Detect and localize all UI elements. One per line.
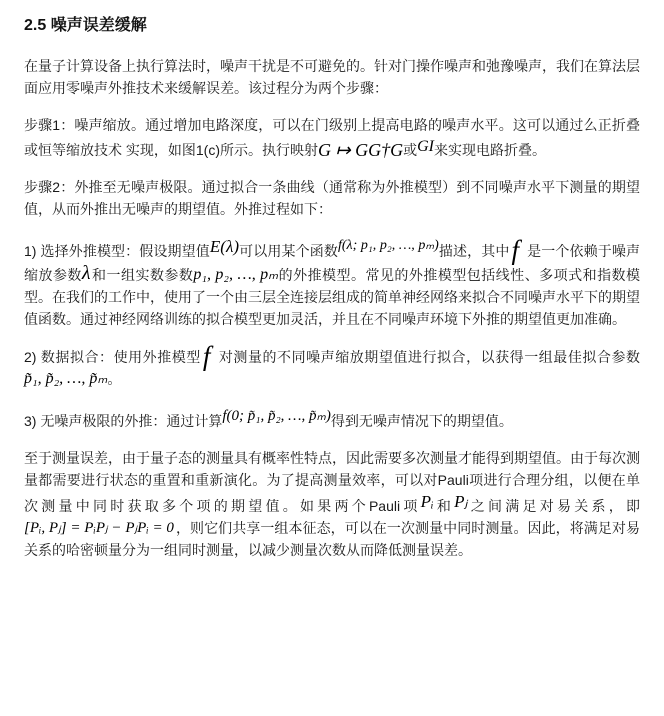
formula-extrapolation-model: f(λ; p₁, p₂, …, pₘ) xyxy=(338,238,439,253)
formula-parameter-list: p₁, p₂, …, pₘ xyxy=(193,266,278,283)
formula-zero-noise-limit: f(0; p̃₁, p̃₂, …, p̃ₘ) xyxy=(222,408,331,424)
formula-commutator: [Pᵢ, Pⱼ] = PᵢPⱼ − PⱼPᵢ = 0 xyxy=(24,520,174,536)
intro-text: 在量子计算设备上执行算法时，噪声干扰是不可避免的。针对门操作噪声和弛豫噪声，我们… xyxy=(24,58,640,96)
formula-identity-scaling: GI xyxy=(417,138,434,155)
section-heading: 2.5 噪声误差缓解 xyxy=(24,12,640,35)
step1-conjunction: 或 xyxy=(403,142,417,158)
formula-f: f xyxy=(203,341,211,371)
paragraph-item3: 3) 无噪声极限的外推：通过计算f(0; p̃₁, p̃₂, …, p̃ₘ)得到… xyxy=(24,405,640,432)
measurement-text-3: 之间满足对易关系，即 xyxy=(468,498,640,514)
step1-text-after: 来实现电路折叠。 xyxy=(434,142,546,158)
formula-fitted-parameter-list: p̃₁, p̃₂, …, p̃ₘ xyxy=(24,370,107,387)
item1-text-1: 1) 选择外推模型：假设期望值 xyxy=(24,243,210,259)
item1-text-2: 可以用某个函数 xyxy=(239,243,338,259)
paragraph-item2: 2) 数据拟合：使用外推模型f对测量的不同噪声缩放期望值进行拟合，以获得一组最佳… xyxy=(24,345,640,390)
document-page: 2.5 噪声误差缓解 在量子计算设备上执行算法时，噪声干扰是不可避免的。针对门操… xyxy=(0,0,664,716)
paragraph-step2: 步骤2：外推至无噪声极限。通过拟合一条曲线（通常称为外推模型）到不同噪声水平下测… xyxy=(24,176,640,220)
measurement-text-2: 和 xyxy=(434,498,455,514)
item1-text-3: 描述，其中 xyxy=(439,243,510,259)
item3-text-2: 得到无噪声情况下的期望值。 xyxy=(331,413,513,429)
item2-text-3: 。 xyxy=(107,371,121,387)
paragraph-step1: 步骤1：噪声缩放。通过增加电路深度，可以在门级别上提高电路的噪声水平。这可以通过… xyxy=(24,114,640,161)
paragraph-intro: 在量子计算设备上执行算法时，噪声干扰是不可避免的。针对门操作噪声和弛豫噪声，我们… xyxy=(24,55,640,99)
formula-f: f xyxy=(512,235,520,265)
formula-unitary-folding: G ↦ GG†G xyxy=(318,140,403,160)
formula-pauli-i: Pᵢ xyxy=(421,492,434,511)
formula-expectation-value: E(λ) xyxy=(210,237,239,256)
item1-text-5: 和一组实数参数 xyxy=(92,267,194,283)
paragraph-measurement: 至于测量误差，由于量子态的测量具有概率性特点，因此需要多次测量才能得到期望值。由… xyxy=(24,447,640,561)
paragraph-item1: 1) 选择外推模型：假设期望值E(λ)可以用某个函数f(λ; p₁, p₂, …… xyxy=(24,235,640,330)
step2-text: 步骤2：外推至无噪声极限。通过拟合一条曲线（通常称为外推模型）到不同噪声水平下测… xyxy=(24,179,640,217)
item3-text-1: 3) 无噪声极限的外推：通过计算 xyxy=(24,413,222,429)
item2-text-1: 2) 数据拟合：使用外推模型 xyxy=(24,349,201,365)
formula-pauli-j: Pⱼ xyxy=(454,492,467,511)
item2-text-2: 对测量的不同噪声缩放期望值进行拟合，以获得一组最佳拟合参数 xyxy=(218,349,640,365)
formula-lambda: λ xyxy=(82,262,91,284)
